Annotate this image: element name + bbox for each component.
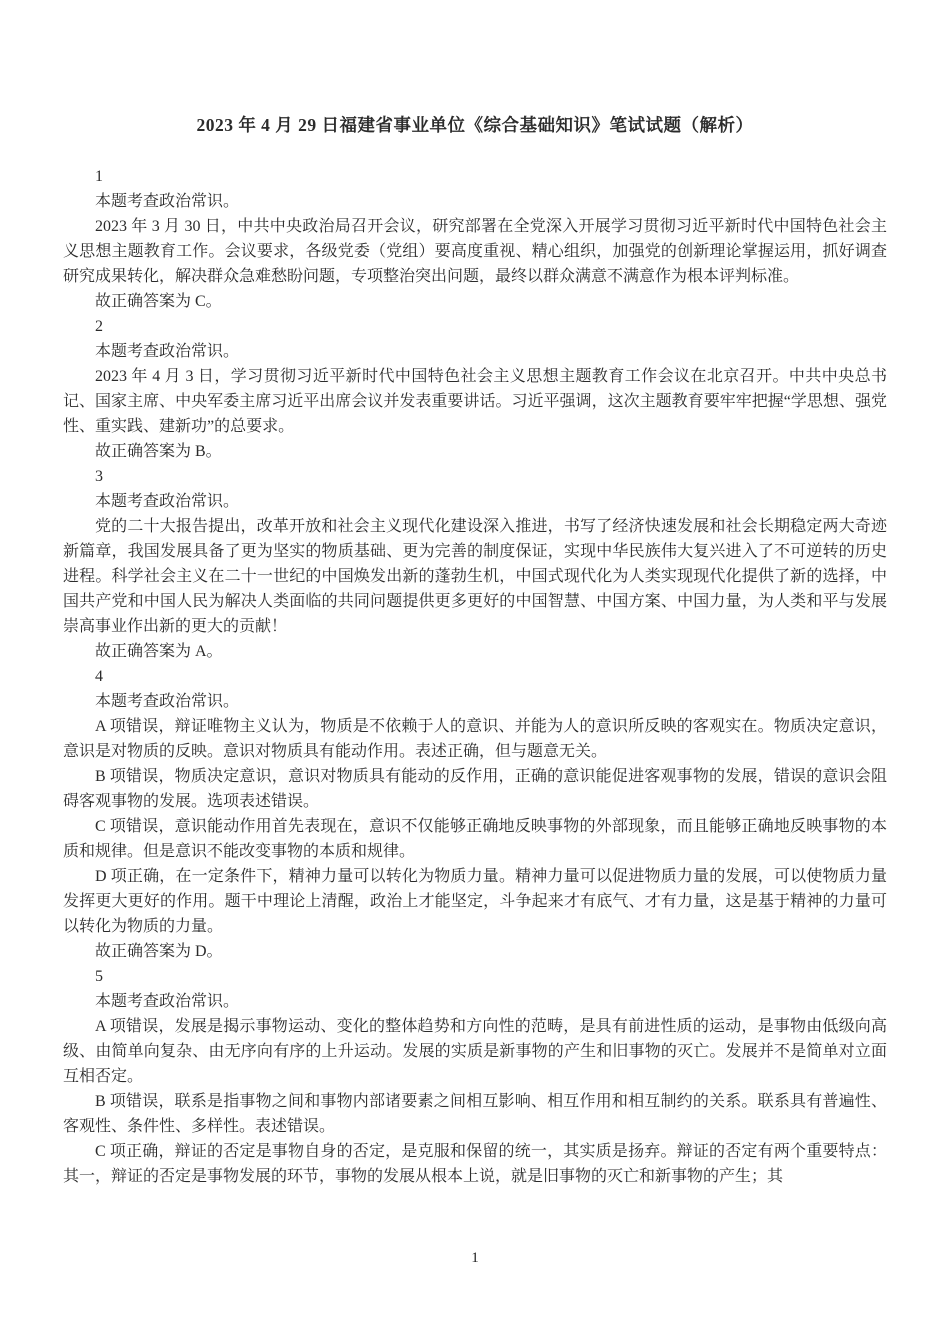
analysis-paragraph: D 项正确，在一定条件下，精神力量可以转化为物质力量。精神力量可以促进物质力量的… — [63, 864, 887, 939]
document-body: 1本题考查政治常识。2023 年 3 月 30 日，中共中央政治局召开会议，研究… — [63, 164, 887, 1189]
analysis-paragraph: C 项正确，辩证的否定是事物自身的否定，是克服和保留的统一，其实质是扬弃。辩证的… — [63, 1139, 887, 1189]
analysis-paragraph: C 项错误，意识能动作用首先表现在，意识不仅能够正确地反映事物的外部现象，而且能… — [63, 814, 887, 864]
question-block: 1本题考查政治常识。2023 年 3 月 30 日，中共中央政治局召开会议，研究… — [63, 164, 887, 314]
question-number: 3 — [63, 464, 887, 489]
analysis-paragraph: 2023 年 4 月 3 日，学习贯彻习近平新时代中国特色社会主义思想主题教育工… — [63, 364, 887, 439]
analysis-paragraph: 党的二十大报告提出，改革开放和社会主义现代化建设深入推进，书写了经济快速发展和社… — [63, 514, 887, 639]
question-intro: 本题考查政治常识。 — [63, 989, 887, 1014]
question-number: 2 — [63, 314, 887, 339]
analysis-paragraph: 2023 年 3 月 30 日，中共中央政治局召开会议，研究部署在全党深入开展学… — [63, 214, 887, 289]
document-title: 2023 年 4 月 29 日福建省事业单位《综合基础知识》笔试试题（解析） — [0, 0, 950, 138]
question-block: 4本题考查政治常识。A 项错误，辩证唯物主义认为，物质是不依赖于人的意识、并能为… — [63, 664, 887, 964]
analysis-paragraph: A 项错误，发展是揭示事物运动、变化的整体趋势和方向性的范畴，是具有前进性质的运… — [63, 1014, 887, 1089]
question-intro: 本题考查政治常识。 — [63, 189, 887, 214]
question-number: 5 — [63, 964, 887, 989]
question-intro: 本题考查政治常识。 — [63, 689, 887, 714]
page-number: 1 — [0, 1248, 950, 1268]
analysis-paragraph: B 项错误，联系是指事物之间和事物内部诸要素之间相互影响、相互作用和相互制约的关… — [63, 1089, 887, 1139]
question-block: 3本题考查政治常识。党的二十大报告提出，改革开放和社会主义现代化建设深入推进，书… — [63, 464, 887, 664]
answer-line: 故正确答案为 D。 — [63, 939, 887, 964]
document-page: 2023 年 4 月 29 日福建省事业单位《综合基础知识》笔试试题（解析） 1… — [0, 0, 950, 1344]
question-intro: 本题考查政治常识。 — [63, 339, 887, 364]
question-number: 4 — [63, 664, 887, 689]
question-intro: 本题考查政治常识。 — [63, 489, 887, 514]
answer-line: 故正确答案为 A。 — [63, 639, 887, 664]
answer-line: 故正确答案为 C。 — [63, 289, 887, 314]
question-block: 5本题考查政治常识。A 项错误，发展是揭示事物运动、变化的整体趋势和方向性的范畴… — [63, 964, 887, 1189]
question-block: 2本题考查政治常识。2023 年 4 月 3 日，学习贯彻习近平新时代中国特色社… — [63, 314, 887, 464]
analysis-paragraph: A 项错误，辩证唯物主义认为，物质是不依赖于人的意识、并能为人的意识所反映的客观… — [63, 714, 887, 764]
question-number: 1 — [63, 164, 887, 189]
answer-line: 故正确答案为 B。 — [63, 439, 887, 464]
analysis-paragraph: B 项错误，物质决定意识，意识对物质具有能动的反作用，正确的意识能促进客观事物的… — [63, 764, 887, 814]
